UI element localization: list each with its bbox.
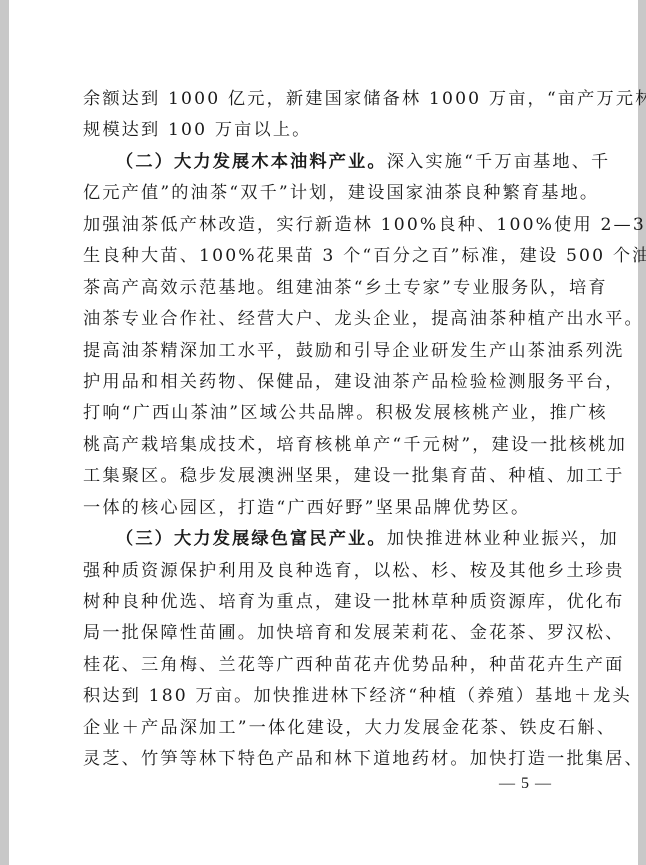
- text-line: 工集聚区。稳步发展澳洲坚果，建设一批集育苗、种植、加工于: [83, 461, 551, 492]
- text-line: 灵芝、竹笋等林下特色产品和林下道地药材。加快打造一批集居、: [83, 744, 551, 775]
- text-line: 茶高产高效示范基地。组建油茶“乡土专家”专业服务队，培育: [83, 273, 551, 304]
- section-heading-line: （三）大力发展绿色富民产业。加快推进林业种业振兴，加: [83, 524, 551, 555]
- text-line: 树种良种优选、培育为重点，建设一批林草种质资源库，优化布: [83, 587, 551, 618]
- body-text: 余额达到 1000 亿元，新建国家储备林 1000 万亩，“亩产万元林” 规模达…: [83, 84, 551, 776]
- text-line: 桃高产栽培集成技术，培育核桃单产“千元树”，建设一批核桃加: [83, 430, 551, 461]
- text-line: 一体的核心园区，打造“广西好野”坚果品牌优势区。: [83, 493, 551, 524]
- section-heading-line: （二）大力发展木本油料产业。深入实施“千万亩基地、千: [83, 147, 551, 178]
- text-line: 提高油茶精深加工水平，鼓励和引导企业研发生产山茶油系列洗: [83, 336, 551, 367]
- text-line: 桂花、三角梅、兰花等广西种苗花卉优势品种，种苗花卉生产面: [83, 650, 551, 681]
- text-line: 加强油茶低产林改造，实行新造林 100%良种、100%使用 2—3 年: [83, 210, 551, 241]
- text-line: 油茶专业合作社、经营大户、龙头企业，提高油茶种植产出水平。: [83, 304, 551, 335]
- text-line: 局一批保障性苗圃。加快培育和发展茉莉花、金花茶、罗汉松、: [83, 618, 551, 649]
- section-heading: （二）大力发展木本油料产业。: [116, 152, 387, 172]
- text-span: 加快推进林业种业振兴，加: [387, 529, 619, 549]
- text-line: 积达到 180 万亩。加快推进林下经济“种植（养殖）基地＋龙头: [83, 681, 551, 712]
- text-line: 余额达到 1000 亿元，新建国家储备林 1000 万亩，“亩产万元林”: [83, 84, 551, 115]
- document-page: 余额达到 1000 亿元，新建国家储备林 1000 万亩，“亩产万元林” 规模达…: [9, 0, 638, 865]
- page-number: — 5 —: [499, 775, 552, 793]
- text-line: 企业＋产品深加工”一体化建设，大力发展金花茶、铁皮石斛、: [83, 713, 551, 744]
- text-line: 护用品和相关药物、保健品，建设油茶产品检验检测服务平台，: [83, 367, 551, 398]
- text-line: 打响“广西山茶油”区域公共品牌。积极发展核桃产业，推广核: [83, 398, 551, 429]
- text-line: 强种质资源保护利用及良种选育，以松、杉、桉及其他乡土珍贵: [83, 556, 551, 587]
- section-heading: （三）大力发展绿色富民产业。: [116, 529, 387, 549]
- text-line: 亿元产值”的油茶“双千”计划，建设国家油茶良种繁育基地。: [83, 178, 551, 209]
- text-line: 生良种大苗、100%花果苗 3 个“百分之百”标准，建设 500 个油: [83, 241, 551, 272]
- text-line: 规模达到 100 万亩以上。: [83, 115, 551, 146]
- text-span: 深入实施“千万亩基地、千: [387, 152, 611, 172]
